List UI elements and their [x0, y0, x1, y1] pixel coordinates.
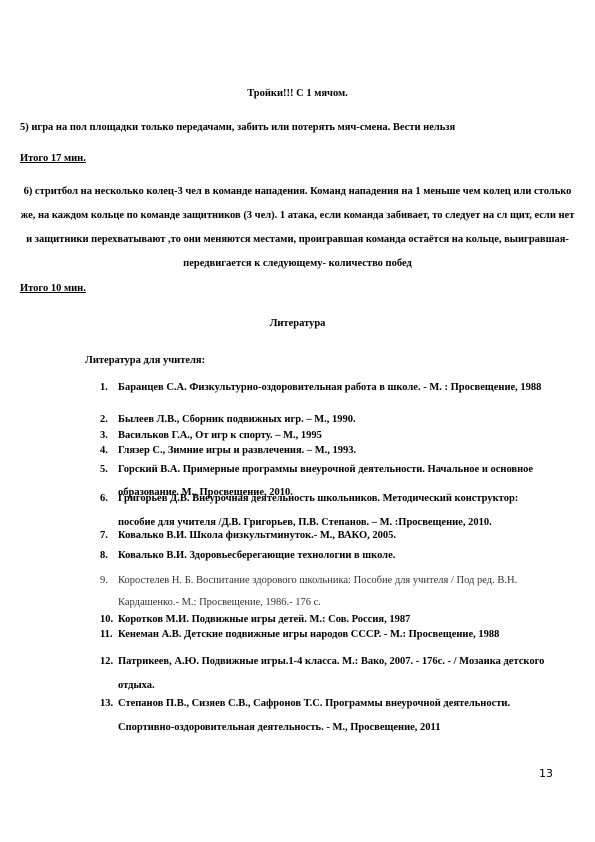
literature-subtitle: Литература для учителя:: [85, 355, 205, 366]
page-number: 13: [539, 767, 553, 780]
reference-item: 9.Коростелев Н. Б. Воспитание здорового …: [100, 570, 555, 614]
reference-item: 1.Баранцев С.А. Физкультурно-оздоровител…: [100, 376, 555, 400]
reference-item: 10.Коротков М.И. Подвижные игры детей. М…: [100, 614, 555, 625]
total-10-min: Итого 10 мин.: [20, 283, 86, 294]
reference-item: 6.Григорьев Д.В. Внеурочная деятельность…: [100, 487, 555, 535]
reference-item: 13.Степанов П.В., Сизяев С.В., Сафронов …: [100, 692, 555, 740]
reference-item: 2.Былеев Л.В., Сборник подвижных игр. – …: [100, 414, 555, 425]
reference-item: 3.Васильков Г.А., От игр к спорту. – М.,…: [100, 430, 555, 441]
paragraph-6: 6) стритбол на несколько колец-3 чел в к…: [20, 180, 575, 276]
total-17-min: Итого 17 мин.: [20, 153, 86, 164]
reference-item: 4.Глязер С., Зимние игры и развлечения. …: [100, 445, 555, 456]
reference-item: 7.Ковалько В.И. Школа физкультминуток.- …: [100, 530, 555, 541]
reference-item: 11.Кенеман А.В. Детские подвижные игры н…: [100, 629, 555, 640]
literature-title: Литература: [0, 318, 595, 329]
reference-item: 8.Ковалько В.И. Здоровьесберегающие техн…: [100, 550, 555, 561]
reference-item: 12.Патрикеев, А.Ю. Подвижные игры.1-4 кл…: [100, 650, 555, 698]
paragraph-5: 5) игра на пол площадки только передачам…: [20, 122, 455, 133]
section-heading: Тройки!!! С 1 мячом.: [0, 88, 595, 99]
